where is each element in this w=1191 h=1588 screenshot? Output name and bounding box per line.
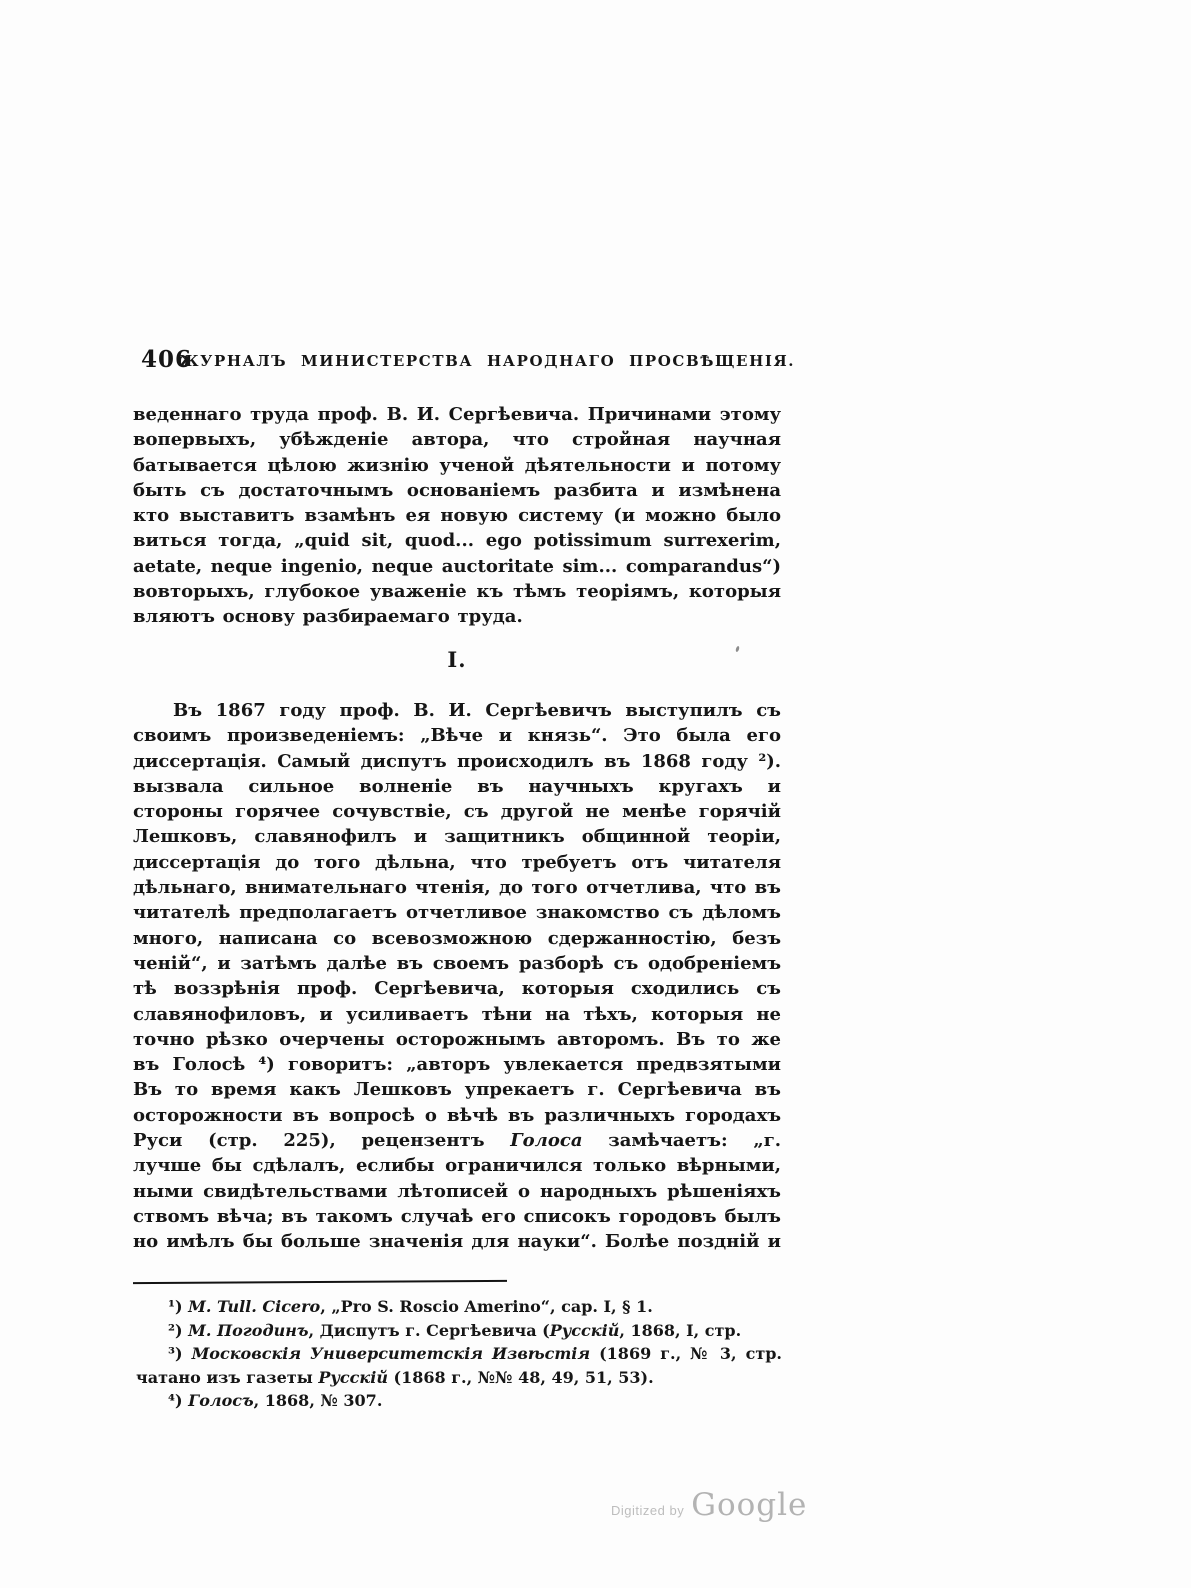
- text-line: стороны горячее сочувствіе, съ другой не…: [133, 799, 781, 824]
- text-line: Лешковъ, славянофилъ и защитникъ общинно…: [133, 824, 781, 849]
- text-line: вопервыхъ, убѣжденіе автора, что стройна…: [133, 427, 781, 452]
- text-line: ствомъ вѣча; въ такомъ случаѣ его список…: [133, 1204, 781, 1229]
- text-line: осторожности въ вопросѣ о вѣчѣ въ различ…: [133, 1103, 781, 1128]
- text-line: читателѣ предполагаетъ отчетливое знаком…: [133, 900, 781, 925]
- text-line: Руси (стр. 225), рецензентъ Голоса замѣч…: [133, 1128, 781, 1153]
- footnotes: ¹) M. Tull. Cicero, „Pro S. Roscio Ameri…: [136, 1295, 782, 1413]
- footnote-line: чатано изъ газеты Русскій (1868 г., №№ 4…: [136, 1366, 782, 1390]
- text-line: ными свидѣтельствами лѣтописей о народны…: [133, 1179, 781, 1204]
- text-line: тѣ воззрѣнія проф. Сергѣевича, которыя с…: [133, 976, 781, 1001]
- text-line: много, написана со всевозможною сдержанн…: [133, 926, 781, 951]
- text-line: вляютъ основу разбираемаго труда.: [133, 604, 781, 629]
- text-line: лучше бы сдѣлалъ, еслибы ограничился тол…: [133, 1153, 781, 1178]
- google-logo: Google: [691, 1487, 807, 1523]
- scanned-book-page: 406 ЖУРНАЛЪ МИНИСТЕРСТВА НАРОДНАГО ПРОСВ…: [0, 0, 1191, 1588]
- text-line: Въ то время какъ Лешковъ упрекаетъ г. Се…: [133, 1077, 781, 1102]
- text-line: вызвала сильное волненіе въ научныхъ кру…: [133, 774, 781, 799]
- text-line: диссертація. Самый диспутъ происходилъ в…: [133, 749, 781, 774]
- text-line: кто выставитъ взамѣнъ ея новую систему (…: [133, 503, 781, 528]
- footnote-line: ¹) M. Tull. Cicero, „Pro S. Roscio Ameri…: [136, 1295, 782, 1319]
- text-line: славянофиловъ, и усиливаетъ тѣни на тѣхъ…: [133, 1002, 781, 1027]
- text-line: батывается цѣлою жизнію ученой дѣятельно…: [133, 453, 781, 478]
- footnote-line: ⁴) Голосъ, 1868, № 307.: [136, 1389, 782, 1413]
- footnote-line: ²) М. Погодинъ, Диспутъ г. Сергѣевича (Р…: [136, 1319, 782, 1343]
- text-line: диссертація до того дѣльна, что требуетъ…: [133, 850, 781, 875]
- text-line: своимъ произведеніемъ: „Вѣче и князь“. Э…: [133, 723, 781, 748]
- text-line: ченій“, и затѣмъ далѣе въ своемъ разборѣ…: [133, 951, 781, 976]
- running-head: 406 ЖУРНАЛЪ МИНИСТЕРСТВА НАРОДНАГО ПРОСВ…: [133, 346, 781, 380]
- text-line: вовторыхъ, глубокое уваженіе къ тѣмъ тео…: [133, 579, 781, 604]
- text-line: точно рѣзко очерчены осторожнымъ автором…: [133, 1027, 781, 1052]
- footnote-divider: [133, 1280, 507, 1285]
- text-line: въ Голосѣ ⁴) говоритъ: „авторъ увлекаетс…: [133, 1052, 781, 1077]
- running-title: ЖУРНАЛЪ МИНИСТЕРСТВА НАРОДНАГО ПРОСВѢЩЕН…: [173, 352, 801, 370]
- body-paragraph: Въ 1867 году проф. В. И. Сергѣевичъ выст…: [133, 698, 781, 1255]
- text-line: виться тогда, „quid sit, quod... ego pot…: [133, 528, 781, 553]
- text-line: дѣльнаго, внимательнаго чтенія, до того …: [133, 875, 781, 900]
- text-line: но имѣлъ бы больше значенія для науки“. …: [133, 1229, 781, 1254]
- digitized-by-label: Digitized by: [611, 1503, 684, 1518]
- text-line: быть съ достаточнымъ основаніемъ разбита…: [133, 478, 781, 503]
- footnote-line: ³) Московскія Университетскія Извѣстія (…: [136, 1342, 782, 1366]
- watermark: Digitized by Google: [611, 1487, 807, 1523]
- text-line: aetate, neque ingenio, neque auctoritate…: [133, 554, 781, 579]
- text-line: веденнаго труда проф. В. И. Сергѣевича. …: [133, 402, 781, 427]
- section-heading: I.: [133, 647, 781, 672]
- text-line: Въ 1867 году проф. В. И. Сергѣевичъ выст…: [133, 698, 781, 723]
- intro-paragraph: веденнаго труда проф. В. И. Сергѣевича. …: [133, 402, 781, 630]
